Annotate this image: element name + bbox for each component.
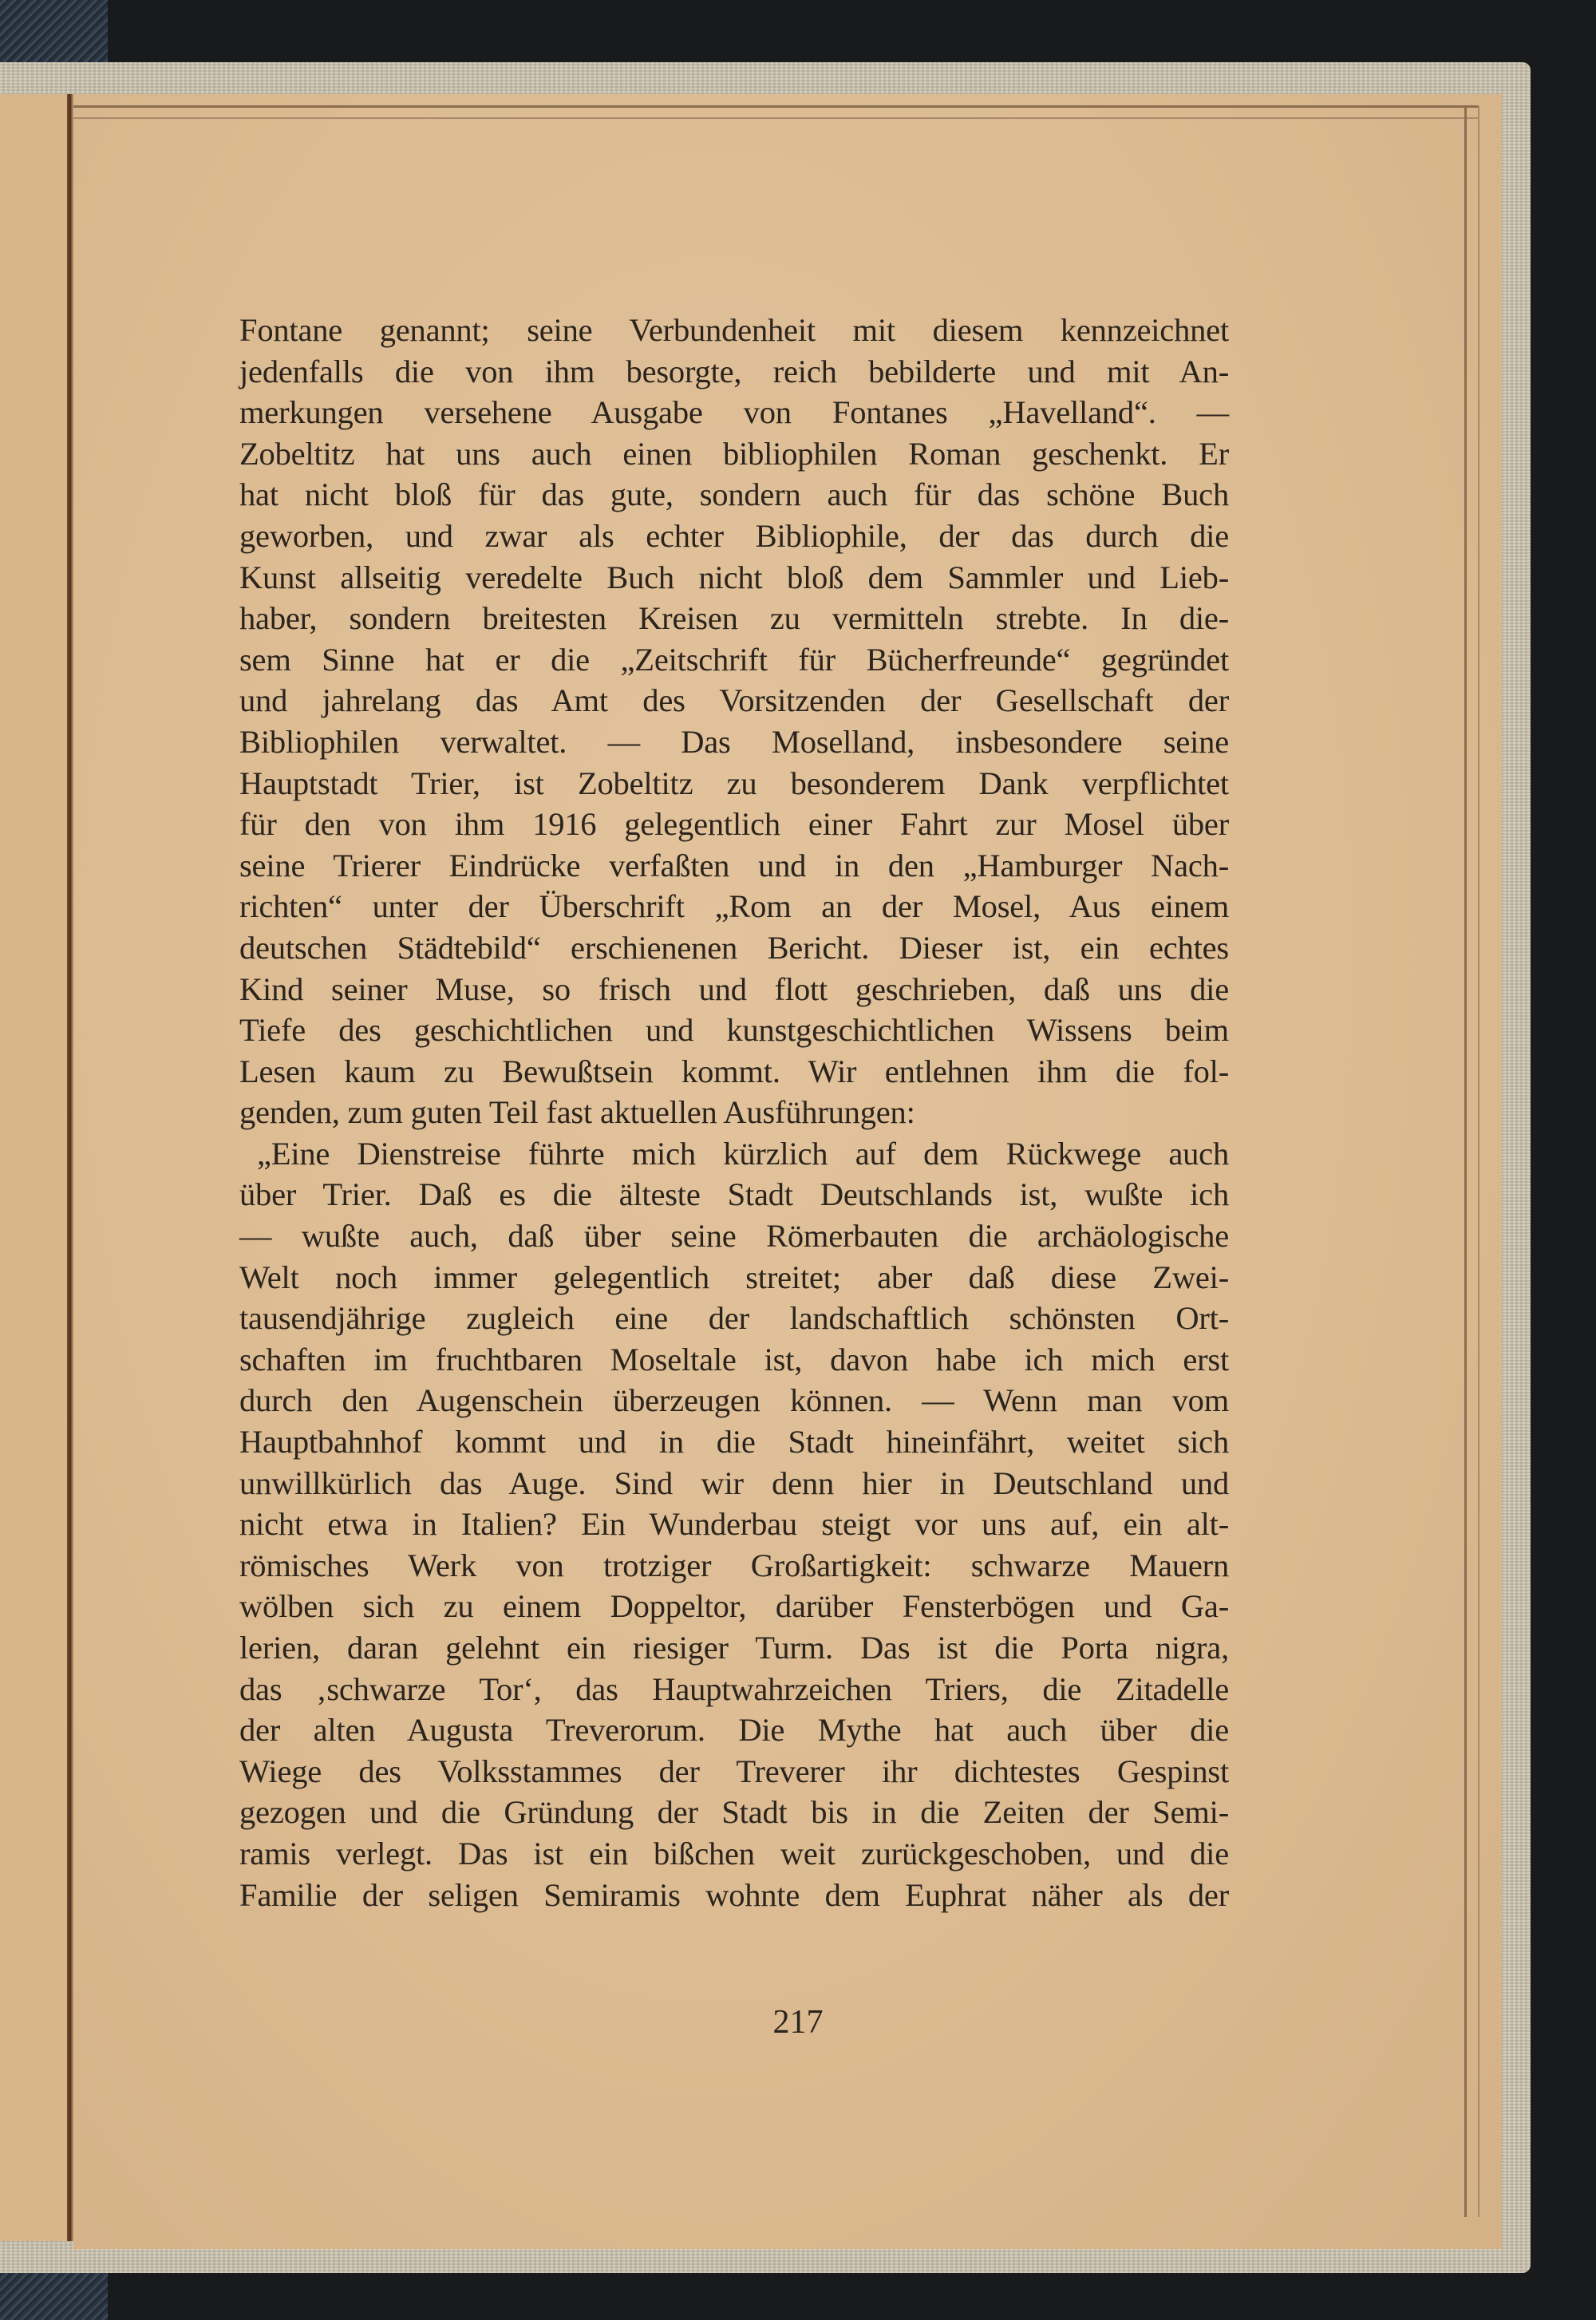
text-line: Hauptstadt Trier, ist Zobeltitz zu beson… bbox=[239, 763, 1229, 804]
text-line: Hauptbahnhof kommt und in die Stadt hine… bbox=[239, 1421, 1229, 1463]
text-line: lerien, daran gelehnt ein riesiger Turm.… bbox=[239, 1627, 1229, 1669]
text-line: schaften im fruchtbaren Moseltale ist, d… bbox=[239, 1339, 1229, 1381]
text-line: das ‚schwarze Tor‘, das Hauptwahrzeichen… bbox=[239, 1669, 1229, 1710]
page-gutter bbox=[67, 94, 73, 2241]
text-line: Welt noch immer gelegentlich streitet; a… bbox=[239, 1257, 1229, 1298]
text-line: sem Sinne hat er die „Zeitschrift für Bü… bbox=[239, 639, 1229, 681]
text-line: und jahrelang das Amt des Vorsitzenden d… bbox=[239, 680, 1229, 721]
page-number: 217 bbox=[0, 2003, 1596, 2041]
text-line: richten“ unter der Überschrift „Rom an d… bbox=[239, 886, 1229, 927]
facing-page-edge bbox=[0, 94, 72, 2241]
text-line: jedenfalls die von ihm besorgte, reich b… bbox=[239, 351, 1229, 393]
text-line: hat nicht bloß für das gute, sondern auc… bbox=[239, 474, 1229, 516]
text-line: Wiege des Volksstammes der Treverer ihr … bbox=[239, 1751, 1229, 1792]
text-line: durch den Augenschein überzeugen können.… bbox=[239, 1380, 1229, 1421]
text-line: deutschen Städtebild“ erschienenen Beric… bbox=[239, 927, 1229, 969]
quote-start-line: „Eine Dienstreise führte mich kürzlich a… bbox=[239, 1133, 1229, 1175]
text-line: seine Trierer Eindrücke verfaßten und in… bbox=[239, 845, 1229, 887]
text-line: Zobeltitz hat uns auch einen bibliophile… bbox=[239, 433, 1229, 475]
text-line: unwillkürlich das Auge. Sind wir denn hi… bbox=[239, 1463, 1229, 1504]
text-line: wölben sich zu einem Doppeltor, darüber … bbox=[239, 1586, 1229, 1627]
text-line: über Trier. Daß es die älteste Stadt Deu… bbox=[239, 1174, 1229, 1215]
text-line: Familie der seligen Semiramis wohnte dem… bbox=[239, 1875, 1229, 1916]
text-line: — wußte auch, daß über seine Römerbauten… bbox=[239, 1215, 1229, 1257]
text-line: haber, sondern breitesten Kreisen zu ver… bbox=[239, 598, 1229, 639]
text-line: tausendjährige zugleich eine der landsch… bbox=[239, 1298, 1229, 1339]
text-line: der alten Augusta Treverorum. Die Mythe … bbox=[239, 1709, 1229, 1751]
text-line: merkungen versehene Ausgabe von Fontanes… bbox=[239, 392, 1229, 433]
text-line: Bibliophilen verwaltet. — Das Moselland,… bbox=[239, 721, 1229, 763]
text-line: Lesen kaum zu Bewußtsein kommt. Wir entl… bbox=[239, 1051, 1229, 1093]
text-line: geworben, und zwar als echter Bibliophil… bbox=[239, 516, 1229, 557]
text-line: Kunst allseitig veredelte Buch nicht blo… bbox=[239, 557, 1229, 599]
paragraph-end-line: genden, zum guten Teil fast aktuellen Au… bbox=[239, 1092, 1229, 1133]
body-text: Fontane genannt; seine Verbundenheit mit… bbox=[239, 310, 1229, 1915]
page-border-right bbox=[1464, 105, 1479, 2217]
text-line: Fontane genannt; seine Verbundenheit mit… bbox=[239, 310, 1229, 351]
text-line: Tiefe des geschichtlichen und kunstgesch… bbox=[239, 1010, 1229, 1051]
text-line: Kind seiner Muse, so frisch und flott ge… bbox=[239, 969, 1229, 1010]
text-line: für den von ihm 1916 gelegentlich einer … bbox=[239, 804, 1229, 845]
text-line: römisches Werk von trotziger Großartigke… bbox=[239, 1545, 1229, 1587]
text-line: gezogen und die Gründung der Stadt bis i… bbox=[239, 1792, 1229, 1833]
page-border-top bbox=[73, 105, 1479, 119]
text-line: ramis verlegt. Das ist ein bißchen weit … bbox=[239, 1833, 1229, 1875]
text-line: nicht etwa in Italien? Ein Wunderbau ste… bbox=[239, 1504, 1229, 1545]
